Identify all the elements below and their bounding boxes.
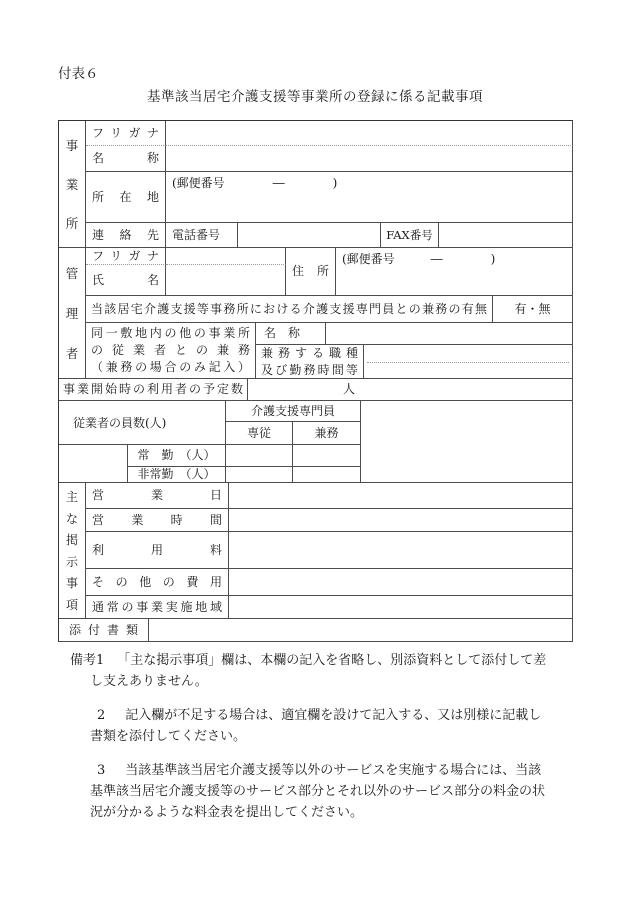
attachments-label: 添付書類 bbox=[59, 619, 149, 642]
office-section-label: 事業所 bbox=[59, 121, 86, 248]
note-1-label: 備考1 bbox=[70, 653, 104, 668]
service-area-input bbox=[229, 596, 573, 619]
nonregular-fulltime-input bbox=[226, 467, 293, 483]
concurrent-header: 兼務 bbox=[293, 422, 361, 445]
office-fax-input bbox=[439, 223, 573, 248]
registration-form-table: 事業所 フリガナ 名称 所在地 (郵便番号 ― ) 連絡先 電話番号 FAX番号… bbox=[58, 120, 573, 642]
job-type-hours-input bbox=[364, 345, 573, 379]
business-hours-label: 営業時間 bbox=[86, 509, 229, 532]
manager-address-label: 住所 bbox=[286, 248, 336, 296]
staff-count-label: 従業者の員数(人) bbox=[59, 401, 226, 445]
dotted-writing-line bbox=[367, 362, 569, 363]
staff-left-blank-cell bbox=[59, 445, 128, 483]
manager-cm-concurrent-label: 当該居宅介護支援等事務所における介護支援専門員との兼務の有無 bbox=[86, 296, 493, 323]
document-page: 付表６ 基準該当居宅介護支援等事業所の登録に係る記載事項 事業所 フリガナ 名称… bbox=[0, 0, 630, 915]
note-3-label: 3 bbox=[97, 763, 105, 778]
manager-cm-concurrent-choice: 有・無 bbox=[493, 296, 573, 323]
office-furigana-label: フリガナ bbox=[86, 121, 166, 146]
staff-right-blank-cell bbox=[361, 401, 573, 483]
office-name-label: 名称 bbox=[86, 146, 166, 172]
manager-section-label: 管理者 bbox=[59, 248, 86, 379]
office-address-input: (郵便番号 ― ) bbox=[166, 172, 573, 223]
office-furigana-input bbox=[166, 121, 573, 146]
same-site-name-input bbox=[326, 323, 573, 345]
nonregular-staff-label: 非常勤 （人） bbox=[128, 467, 226, 483]
office-address-label: 所在地 bbox=[86, 172, 166, 223]
manager-name-input bbox=[166, 265, 286, 296]
fees-label: 利用料 bbox=[86, 532, 229, 569]
posted-items-section-label: 主な掲示事項 bbox=[59, 483, 86, 619]
business-days-input bbox=[229, 483, 573, 509]
regular-fulltime-input bbox=[226, 445, 293, 467]
office-contact-label: 連絡先 bbox=[86, 223, 166, 248]
service-area-label: 通常の事業実施地域 bbox=[86, 596, 229, 619]
manager-name-label: 氏名 bbox=[86, 265, 166, 296]
office-fax-label: FAX番号 bbox=[381, 223, 439, 248]
office-tel-label: 電話番号 bbox=[166, 223, 238, 248]
job-type-hours-label: 兼務する職種及び勤務時間等 bbox=[256, 345, 364, 379]
regular-staff-label: 常 勤 （人） bbox=[128, 445, 226, 467]
office-tel-input bbox=[238, 223, 381, 248]
page-title: 基準該当居宅介護支援等事業所の登録に係る記載事項 bbox=[0, 85, 630, 105]
fulltime-header: 専従 bbox=[226, 422, 293, 445]
planned-users-label: 事業開始時の利用者の予定数 bbox=[59, 379, 248, 401]
appendix-number: 付表６ bbox=[58, 62, 99, 82]
office-name-input bbox=[166, 146, 573, 172]
fees-input bbox=[229, 532, 573, 569]
manager-address-input: (郵便番号 ― ) bbox=[336, 248, 573, 296]
care-manager-header: 介護支援専門員 bbox=[226, 401, 361, 422]
business-hours-input bbox=[229, 509, 573, 532]
manager-same-site-label: 同一敷地内の他の事業所の従業者との兼務（兼務の場合のみ記入） bbox=[86, 323, 256, 379]
business-days-label: 営業日 bbox=[86, 483, 229, 509]
note-2: 2記入欄が不足する場合は、適宜欄を設けて記入する、又は別様に記載し書類を添付して… bbox=[90, 705, 548, 747]
note-3-text: 当該基準該当居宅介護支援等以外のサービスを実施する場合には、当該基準該当居宅介護… bbox=[90, 763, 545, 820]
manager-furigana-input bbox=[166, 248, 286, 265]
attachments-input bbox=[149, 619, 573, 642]
manager-furigana-label: フリガナ bbox=[86, 248, 166, 265]
regular-concurrent-input bbox=[293, 445, 361, 467]
other-costs-label: その他の費用 bbox=[86, 569, 229, 596]
note-1: 備考1「主な掲示事項」欄は、本欄の記入を省略し、別添資料として添付して差し支えあ… bbox=[90, 650, 548, 692]
notes-section: 備考1「主な掲示事項」欄は、本欄の記入を省略し、別添資料として添付して差し支えあ… bbox=[90, 650, 548, 836]
planned-users-input: 人 bbox=[248, 379, 573, 401]
note-1-text: 「主な掲示事項」欄は、本欄の記入を省略し、別添資料として添付して差し支えありませ… bbox=[90, 653, 546, 689]
same-site-name-label: 名 称 bbox=[256, 323, 326, 345]
note-2-label: 2 bbox=[97, 708, 105, 723]
note-2-text: 記入欄が不足する場合は、適宜欄を設けて記入する、又は別様に記載し書類を添付してく… bbox=[90, 708, 541, 744]
note-3: 3当該基準該当居宅介護支援等以外のサービスを実施する場合には、当該基準該当居宅介… bbox=[90, 760, 548, 823]
other-costs-input bbox=[229, 569, 573, 596]
nonregular-concurrent-input bbox=[293, 467, 361, 483]
